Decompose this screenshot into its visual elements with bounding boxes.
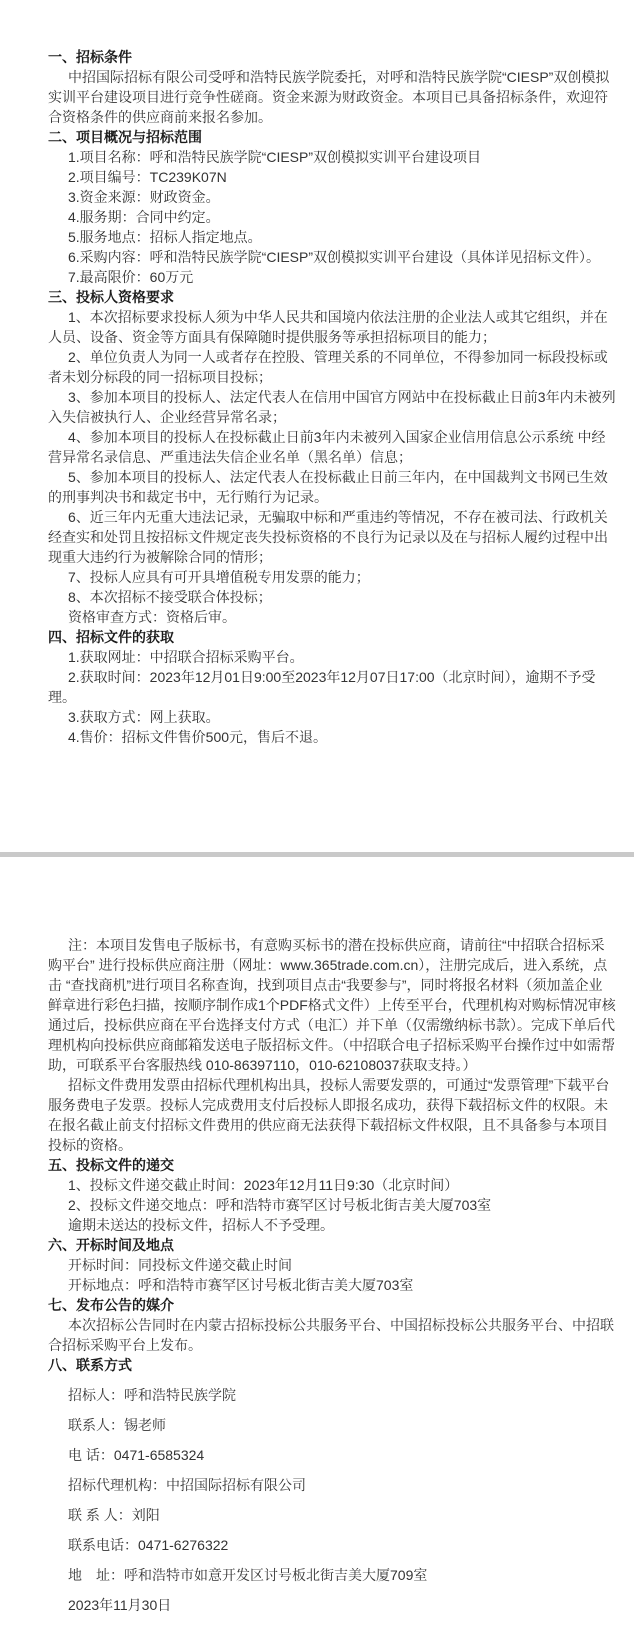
paragraph: 开标地点：呼和浩特市赛罕区讨号板北街吉美大厦703室 [48, 1275, 616, 1295]
contact-line: 电 话：0471-6585324 [48, 1445, 616, 1465]
paragraph: 2、投标文件递交地点：呼和浩特市赛罕区讨号板北街吉美大厦703室 [48, 1195, 616, 1215]
paragraph: 5.服务地点：招标人指定地点。 [48, 227, 616, 247]
contact-line: 联系电话：0471-6276322 [48, 1535, 616, 1555]
paragraph: 本次招标公告同时在内蒙古招标投标公共服务平台、中国招标投标公共服务平台、中招联合… [48, 1315, 616, 1355]
paragraph: 2、单位负责人为同一人或者存在控股、管理关系的不同单位，不得参加同一标段投标或者… [48, 347, 616, 387]
paragraph: 8、本次招标不接受联合体投标； [48, 587, 616, 607]
page-1: 一、招标条件中招国际招标有限公司受呼和浩特民族学院委托，对呼和浩特民族学院“CI… [0, 0, 634, 852]
section-heading: 四、招标文件的获取 [48, 627, 616, 647]
paragraph: 中招国际招标有限公司受呼和浩特民族学院委托，对呼和浩特民族学院“CIESP”双创… [48, 67, 616, 127]
contact-line: 联 系 人：刘阳 [48, 1505, 616, 1525]
date-line: 2023年11月30日 [48, 1595, 616, 1615]
section-heading: 一、招标条件 [48, 47, 616, 67]
paragraph: 4.售价：招标文件售价500元，售后不退。 [48, 727, 616, 747]
paragraph: 2.获取时间：2023年12月01日9:00至2023年12月07日17:00（… [48, 667, 616, 707]
paragraph: 3、参加本项目的投标人、法定代表人在信用中国官方网站中在投标截止日前3年内未被列… [48, 387, 616, 427]
contact-line: 地 址：呼和浩特市如意开发区讨号板北街吉美大厦709室 [48, 1565, 616, 1585]
paragraph: 3.资金来源：财政资金。 [48, 187, 616, 207]
paragraph: 资格审查方式：资格后审。 [48, 607, 616, 627]
contact-line: 联系人：锡老师 [48, 1415, 616, 1435]
paragraph: 6、近三年内无重大违法记录，无骗取中标和严重违约等情况，不存在被司法、行政机关经… [48, 507, 616, 567]
section-heading: 六、开标时间及地点 [48, 1235, 616, 1255]
paragraph: 开标时间：同投标文件递交截止时间 [48, 1255, 616, 1275]
page-2: 注：本项目发售电子版标书，有意购买标书的潜在投标供应商，请前往“中招联合招标采购… [0, 857, 634, 1615]
section-heading: 二、项目概况与招标范围 [48, 127, 616, 147]
paragraph: 7.最高限价：60万元 [48, 267, 616, 287]
paragraph: 招标文件费用发票由招标代理机构出具，投标人需要发票的，可通过“发票管理”下载平台… [48, 1075, 616, 1155]
paragraph: 5、参加本项目的投标人、法定代表人在投标截止日前三年内，在中国裁判文书网已生效的… [48, 467, 616, 507]
paragraph: 1.项目名称：呼和浩特民族学院“CIESP”双创模拟实训平台建设项目 [48, 147, 616, 167]
contact-line: 招标人：呼和浩特民族学院 [48, 1385, 616, 1405]
paragraph: 注：本项目发售电子版标书，有意购买标书的潜在投标供应商，请前往“中招联合招标采购… [48, 935, 616, 1075]
section-heading: 五、投标文件的递交 [48, 1155, 616, 1175]
section-heading: 七、发布公告的媒介 [48, 1295, 616, 1315]
paragraph: 1、投标文件递交截止时间：2023年12月11日9:30（北京时间） [48, 1175, 616, 1195]
paragraph: 逾期未送达的投标文件，招标人不予受理。 [48, 1215, 616, 1235]
paragraph: 1、本次招标要求投标人须为中华人民共和国境内依法注册的企业法人或其它组织，并在人… [48, 307, 616, 347]
paragraph: 6.采购内容：呼和浩特民族学院“CIESP”双创模拟实训平台建设（具体详见招标文… [48, 247, 616, 267]
paragraph: 2.项目编号：TC239K07N [48, 167, 616, 187]
paragraph: 3.获取方式：网上获取。 [48, 707, 616, 727]
paragraph: 4.服务期：合同中约定。 [48, 207, 616, 227]
section-heading: 八、联系方式 [48, 1355, 616, 1375]
section-heading: 三、投标人资格要求 [48, 287, 616, 307]
paragraph: 1.获取网址：中招联合招标采购平台。 [48, 647, 616, 667]
tender-announcement-document: 一、招标条件中招国际招标有限公司受呼和浩特民族学院委托，对呼和浩特民族学院“CI… [0, 0, 634, 1615]
paragraph: 4、参加本项目的投标人在投标截止日前3年内未被列入国家企业信用信息公示系统 中经… [48, 427, 616, 467]
contact-line: 招标代理机构：中招国际招标有限公司 [48, 1475, 616, 1495]
paragraph: 7、投标人应具有可开具增值税专用发票的能力； [48, 567, 616, 587]
